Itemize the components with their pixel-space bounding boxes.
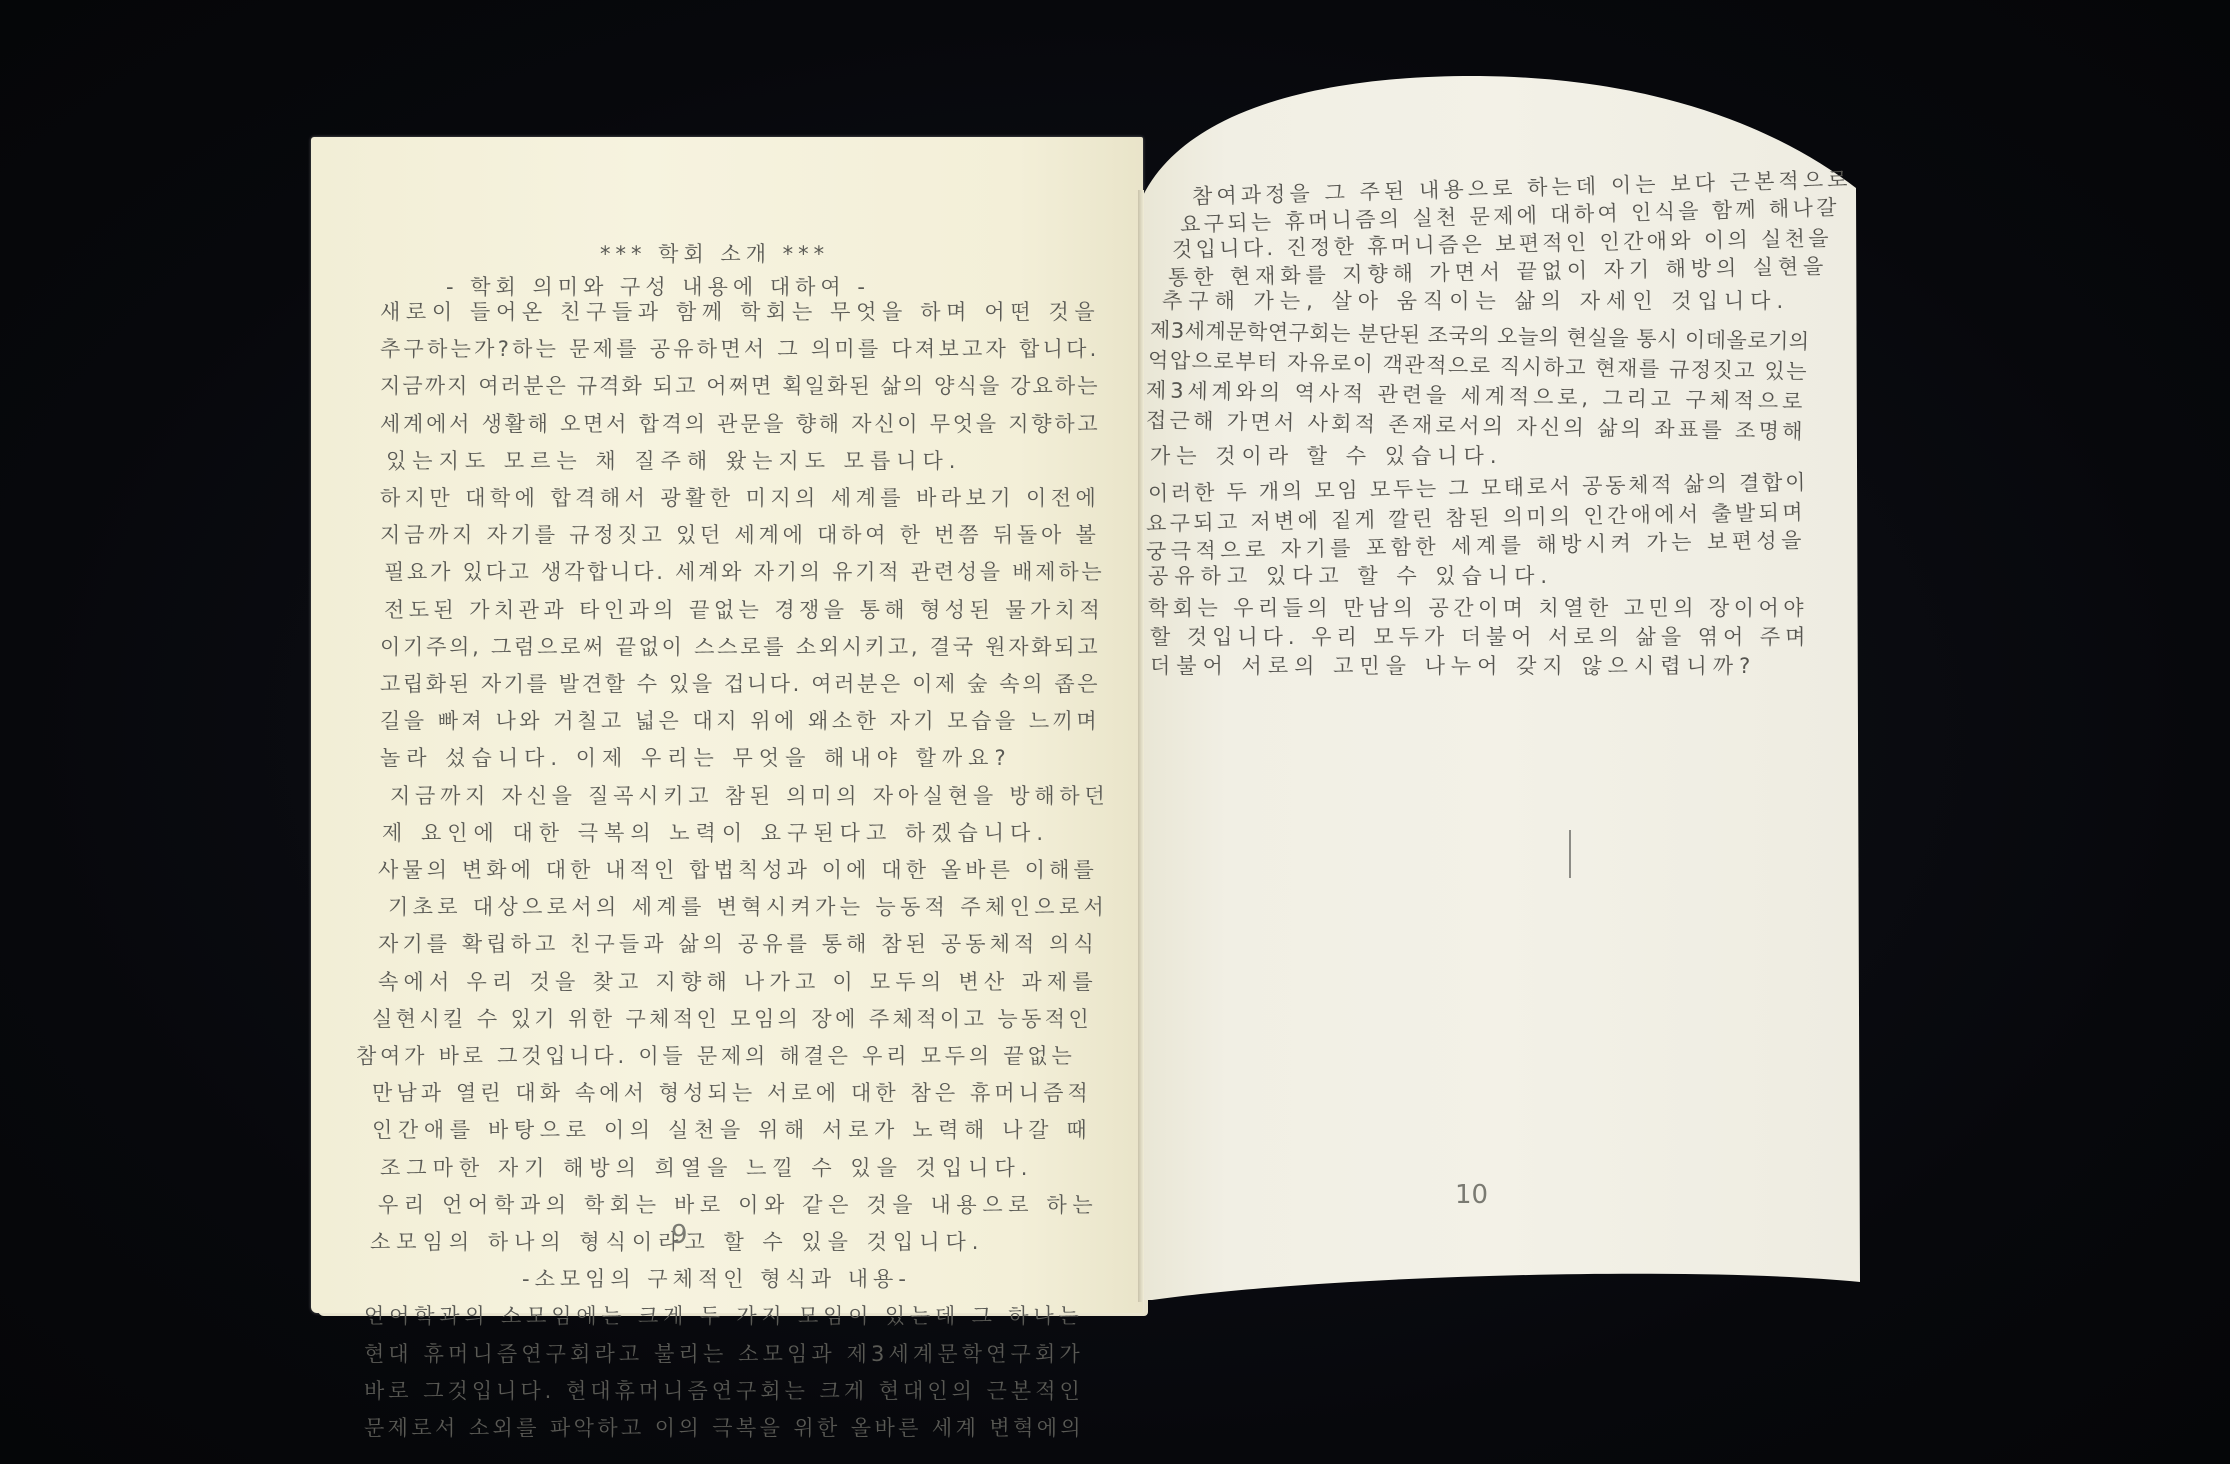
body-line: 새로이 들어온 친구들과 함께 학회는 무엇을 하며 어떤 것을	[380, 302, 1100, 323]
body-line: 고립화된 자기를 발견할 수 있을 겁니다. 여러분은 이제 숲 속의 좁은	[380, 674, 1100, 695]
body-line: 지금까지 자기를 규정짓고 있던 세계에 대하여 한 번쯤 뒤돌아 볼	[380, 525, 1100, 546]
body-line: 우리 언어학과의 학회는 바로 이와 같은 것을 내용으로 하는	[378, 1195, 1098, 1216]
book-spine	[1138, 190, 1144, 1302]
right-body-line: 추구해 가는, 살아 움직이는 삶의 자세인 것입니다.	[1162, 291, 1789, 312]
body-line: 사물의 변화에 대한 내적인 합법칙성과 이에 대한 올바른 이해를	[378, 860, 1098, 881]
page-number-right: 10	[1455, 1180, 1488, 1210]
body-line: 속에서 우리 것을 찾고 지향해 나가고 이 모두의 변산 과제를	[378, 972, 1098, 993]
body-line: 제 요인에 대한 극복의 노력이 요구된다고 하겠습니다.	[382, 823, 1049, 844]
right-body-line: 할 것입니다. 우리 모두가 더불어 서로의 삶을 엮어 주며	[1150, 627, 1810, 648]
body-line: 이기주의, 그럼으로써 끝없이 스스로를 소외시키고, 결국 원자화되고	[380, 637, 1100, 658]
body-line: 만남과 열린 대화 속에서 형성되는 서로에 대한 참은 휴머니즘적	[372, 1083, 1092, 1104]
body-line: 자기를 확립하고 친구들과 삶의 공유를 통해 참된 공동체적 의식	[378, 934, 1098, 955]
right-body-line: 학회는 우리들의 만남의 공간이며 치열한 고민의 장이어야	[1148, 598, 1808, 619]
page-number-left: 9	[671, 1220, 688, 1250]
section-body-line: 현대 휴머니즘연구회라고 불리는 소모임과 제3세계문학연구회가	[364, 1344, 1084, 1365]
body-line: 실현시킬 수 있기 위한 구체적인 모임의 장에 주체적이고 능동적인	[372, 1009, 1092, 1030]
section-body-line: 문제로서 소외를 파악하고 이의 극복을 위한 올바른 세계 변혁에의	[364, 1418, 1084, 1439]
body-line: 있는지도 모르는 채 질주해 왔는지도 모릅니다.	[386, 451, 961, 472]
body-line: 하지만 대학에 합격해서 광활한 미지의 세계를 바라보기 이전에	[380, 488, 1100, 509]
body-line: 길을 빠져 나와 거칠고 넓은 대지 위에 왜소한 자기 모습을 느끼며	[380, 711, 1100, 732]
left-page-section-heading: -소모임의 구체적인 형식과 내용-	[522, 1269, 911, 1290]
body-line: 놀라 섰습니다. 이제 우리는 무엇을 해내야 할까요?	[380, 748, 1012, 769]
right-body-line: 공유하고 있다고 할 수 있습니다.	[1148, 566, 1553, 587]
left-page-heading: *** 학회 소개 ***	[600, 244, 829, 265]
body-line: 참여가 바로 그것입니다. 이들 문제의 해결은 우리 모두의 끝없는	[356, 1046, 1076, 1067]
section-body-line: 언어학과의 소모임에는 크게 두 가지 모임이 있는데 그 하나는	[364, 1306, 1084, 1327]
left-page-subheading: - 학회 의미와 구성 내용에 대하여 -	[446, 277, 870, 298]
body-line: 전도된 가치관과 타인과의 끝없는 경쟁을 통해 형성된 물가치적	[384, 600, 1104, 621]
body-line: 추구하는가?하는 문제를 공유하면서 그 의미를 다져보고자 합니다.	[380, 339, 1100, 360]
body-line: 조그마한 자기 해방의 희열을 느낄 수 있을 것입니다.	[380, 1158, 1033, 1179]
body-line: 세계에서 생활해 오면서 합격의 관문을 향해 자신이 무엇을 지향하고	[380, 414, 1100, 435]
body-line: 지금까지 자신을 질곡시키고 참된 의미의 자아실현을 방해하던	[390, 786, 1110, 807]
body-line: 필요가 있다고 생각합니다. 세계와 자기의 유기적 관련성을 배제하는	[384, 562, 1104, 583]
section-body-line: 바로 그것입니다. 현대휴머니즘연구회는 크게 현대인의 근본적인	[364, 1381, 1084, 1402]
body-line: 인간애를 바탕으로 이의 실천을 위해 서로가 노력해 나갈 때	[372, 1120, 1092, 1141]
right-body-line: 더불어 서로의 고민을 나누어 갖지 않으시렵니까?	[1150, 656, 1756, 677]
right-body-line: 가는 것이라 할 수 있습니다.	[1150, 446, 1503, 467]
pencil-mark	[1569, 830, 1571, 878]
body-line: 지금까지 여러분은 규격화 되고 어쩌면 획일화된 삶의 양식을 강요하는	[380, 376, 1100, 397]
body-line: 기초로 대상으로서의 세계를 변혁시켜가는 능동적 주체인으로서	[388, 897, 1108, 918]
